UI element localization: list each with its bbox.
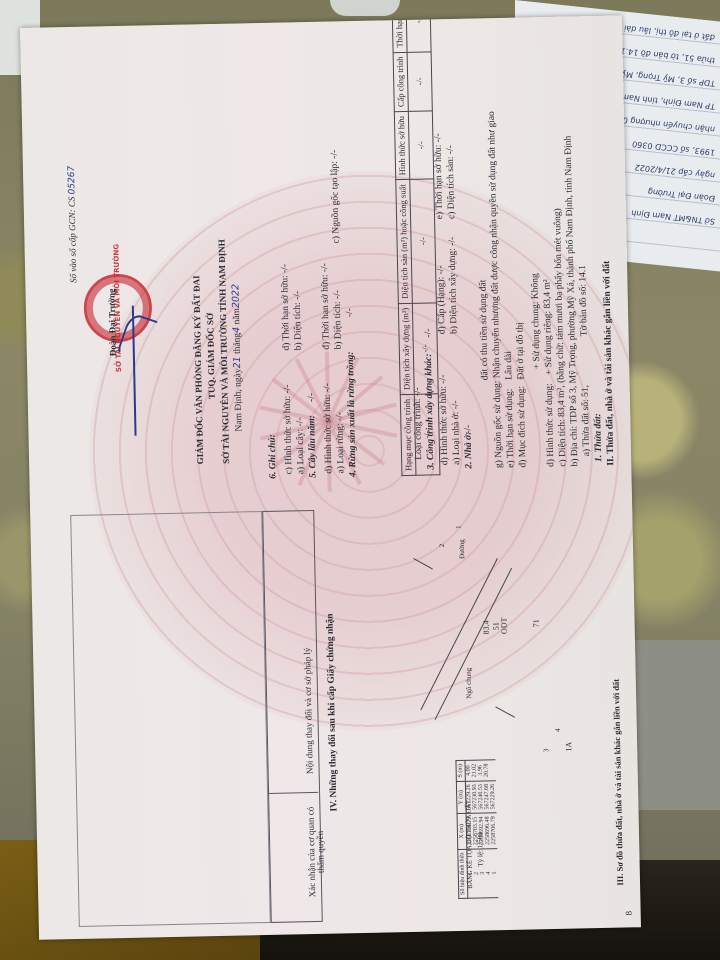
vertex-3: 3 [543, 749, 550, 753]
house-heading: 2. Nhà ở: [465, 432, 475, 469]
forest-origin: c) Nguồn gốc tạo lập: -/- [331, 150, 342, 244]
section-iii-title: III. Sơ đồ thửa đất, nhà ở và tài sản kh… [612, 679, 625, 886]
term-value: Lâu dài [505, 351, 515, 380]
land-heading: 1. Thửa đất: [594, 413, 605, 462]
land-use-certificate-page: II. Thửa đất, nhà ở và tài sản khác gắn … [20, 15, 641, 939]
tuq-title: TUQ. GIÁM ĐỐC SỞ [206, 313, 217, 399]
td-floor-area: -/- [409, 179, 436, 303]
changes-col-confirm: Xác nhận của cơ quan có thẩm quyền [306, 802, 326, 902]
mug [330, 0, 400, 16]
parcel-number: a) Thửa đất số: 51, [582, 385, 593, 456]
house-grade: đ) Cấp (Hạng): -/- [437, 265, 448, 334]
perennial-term: d) Thời hạn sở hữu: -/- [281, 264, 292, 351]
usage-private: + Sử dụng riêng: 83,4 m² [543, 279, 555, 375]
house-built-area: b) Diện tích xây dựng: -/- [448, 237, 460, 334]
road-label: Đường [459, 539, 466, 559]
coord-cell [489, 760, 495, 781]
vertex-1: 1 [456, 525, 463, 529]
signing-day: 21 [232, 356, 243, 368]
perennial-ownership: c) Hình thức sở hữu: -/- [284, 384, 295, 474]
purpose-value: Đất ở tại đô thị [516, 322, 527, 379]
page-marker: 8 [625, 911, 634, 916]
forest-heading-value: -/- [346, 308, 356, 317]
map-sheet-number: Tờ bản đồ số: 14.1 [579, 265, 590, 336]
vertex-4: 4 [555, 728, 562, 732]
coord-cell: 1 [491, 848, 498, 898]
coord-cell: 2258706.79 [491, 813, 498, 849]
usage-form-label: d) Hình thức sử dụng: [546, 383, 557, 467]
house-type: a) Loại nhà ở: -/- [452, 400, 463, 465]
usage-common: + Sử dụng chung: Không [531, 273, 543, 369]
parcel-edge-3-4 [495, 706, 515, 717]
th-grade: Cấp công trình [393, 52, 408, 112]
th-ownership: Hình thức sở hữu [394, 111, 409, 180]
neighbor-1a: 1A [565, 742, 573, 752]
th-term: Thời hạn sở hữu [392, 15, 407, 52]
td-item: -/- [414, 394, 440, 475]
coord-cell: 567229.26 [490, 780, 497, 813]
signing-month: 4 [231, 327, 242, 333]
td-built-area: -/- [412, 303, 438, 395]
td-term: -/- [405, 15, 430, 52]
coord-table: Số hiệu đỉnh thửaX (m)Y (m)S (m) 1225870… [455, 759, 498, 899]
house-ownership-term: e) Thời hạn sở hữu: -/- [434, 133, 445, 219]
purpose-label: đ) Mục đích sử dụng: [518, 386, 529, 468]
alley-label: Ngõ chung [465, 668, 473, 699]
term-label: e) Thời hạn sử dụng: [506, 389, 517, 468]
forest-type: a) Loại rừng: -/- [336, 412, 347, 474]
signing-year: 2022 [230, 284, 242, 308]
register-number: Số vào sổ cấp GCN: CS 05267 [67, 166, 79, 283]
perennial-heading: 5. Cây lâu năm: [308, 415, 319, 478]
forest-term: đ) Thời hạn sở hữu: -/- [321, 263, 332, 350]
house-heading-value: -/- [464, 425, 474, 434]
changes-table-body [70, 511, 271, 927]
td-ownership: -/- [408, 111, 433, 180]
parcel-label-area: 83.4 [483, 620, 491, 634]
house-floor-area: c) Diện tích sàn: -/- [447, 145, 458, 219]
forest-ownership: d) Hình thức sở hữu: -/- [324, 383, 335, 474]
forest-area: b) Diện tích: -/- [334, 290, 345, 350]
house-ownership: d) Hình thức sở hữu: -/- [439, 375, 450, 466]
perennial-area: b) Diện tích: -/- [294, 291, 305, 351]
notes-heading: 6. Ghi chú: [269, 434, 279, 479]
coord-header: S (m) [456, 760, 465, 781]
neighbor-71: 71 [532, 619, 540, 627]
signer-name: Đoàn Đại Trường [107, 288, 117, 356]
parcel-label-use: ODT [500, 617, 508, 634]
vertex-2: 2 [439, 544, 446, 548]
td-grade: -/- [407, 51, 432, 111]
perennial-type: a) Loại cây: -/- [296, 417, 307, 474]
perennial-heading-value: -/- [308, 393, 318, 402]
